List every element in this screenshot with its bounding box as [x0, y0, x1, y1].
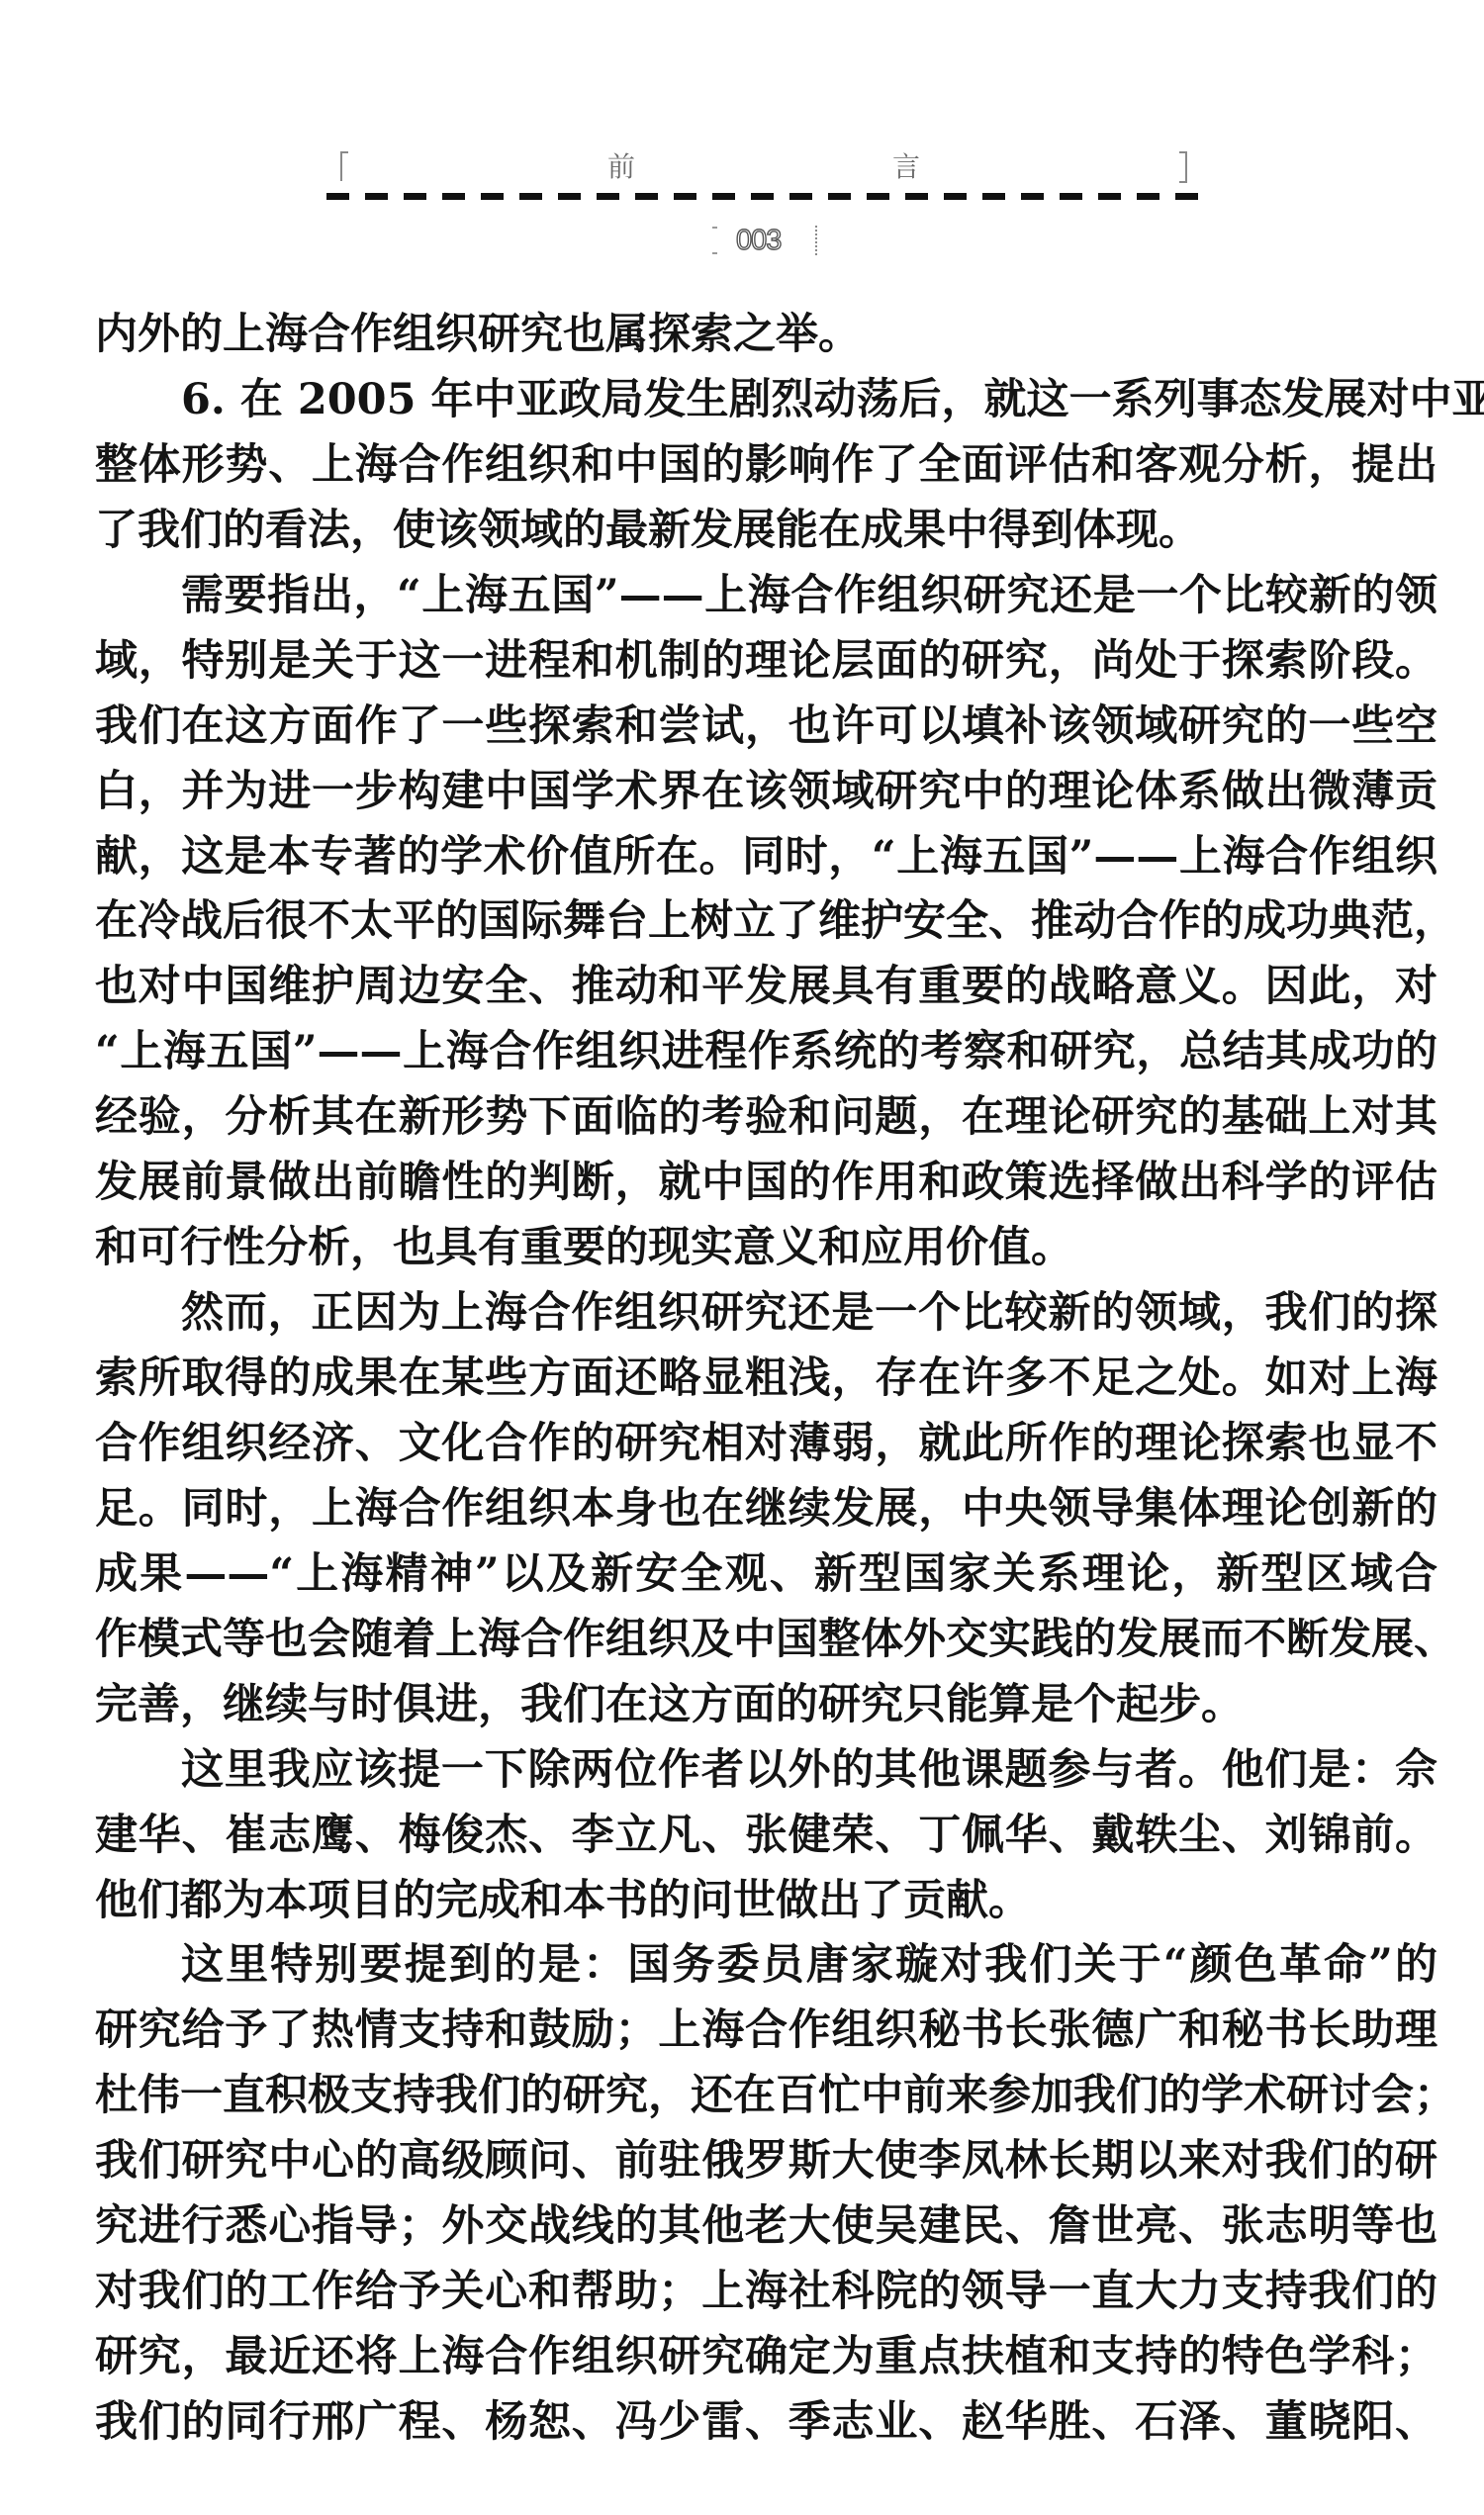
text-line: 域，特别是关于这一进程和机制的理论层面的研究，尚处于探索阶段。 — [95, 629, 1438, 695]
text-line: 发展前景做出前瞻性的判断，就中国的作用和政策选择做出科学的评估 — [95, 1151, 1438, 1216]
text-line: 在冷战后很不太平的国际舞台上树立了维护安全、推动合作的成功典范， — [95, 889, 1438, 955]
header-left-bracket — [340, 151, 348, 181]
text-line: 我们的同行邢广程、杨恕、冯少雷、季志业、赵华胜、石泽、董晓阳、 — [95, 2390, 1438, 2456]
header-dashed-rule — [326, 193, 1201, 200]
text-line: 这里我应该提一下除两位作者以外的其他课题参与者。他们是：佘 — [95, 1738, 1438, 1804]
text-line: 和可行性分析，也具有重要的现实意义和应用价值。 — [95, 1216, 1438, 1281]
body-text: 内外的上海合作组织研究也属探索之举。6. 在 2005 年中亚政局发生剧烈动荡后… — [95, 303, 1438, 2456]
text-line: 这里特别要提到的是：国务委员唐家璇对我们关于“颜色革命”的 — [95, 1933, 1438, 1999]
text-line: 杜伟一直积极支持我们的研究，还在百忙中前来参加我们的学术研讨会； — [95, 2064, 1438, 2129]
text-line: 也对中国维护周边安全、推动和平发展具有重要的战略意义。因此，对 — [95, 955, 1438, 1020]
text-line: 需要指出，“上海五国”——上海合作组织研究还是一个比较新的领 — [95, 564, 1438, 629]
text-line: 究进行悉心指导；外交战线的其他老大使吴建民、詹世亮、张志明等也 — [95, 2194, 1438, 2260]
text-line: 整体形势、上海合作组织和中国的影响作了全面评估和客观分析，提出 — [95, 433, 1438, 499]
text-line: 然而，正因为上海合作组织研究还是一个比较新的领域，我们的探 — [95, 1281, 1438, 1347]
text-line: 作模式等也会随着上海合作组织及中国整体外交实践的发展而不断发展、 — [95, 1608, 1438, 1673]
text-line: 献，这是本专著的学术价值所在。同时，“上海五国”——上海合作组织 — [95, 825, 1438, 890]
text-line: “上海五国”——上海合作组织进程作系统的考察和研究，总结其成功的 — [95, 1020, 1438, 1085]
text-line: 研究，最近还将上海合作组织研究确定为重点扶植和支持的特色学科； — [95, 2325, 1438, 2390]
text-line: 建华、崔志鹰、梅俊杰、李立凡、张健荣、丁佩华、戴轶尘、刘锦前。 — [95, 1804, 1438, 1869]
page-number-dotted-rule — [815, 226, 817, 255]
text-line: 白，并为进一步构建中国学术界在该领域研究中的理论体系做出微薄贡 — [95, 760, 1438, 825]
header-title-char-2: 言 — [892, 152, 920, 182]
header-title-char-1: 前 — [607, 152, 635, 182]
text-line: 6. 在 2005 年中亚政局发生剧烈动荡后，就这一系列事态发展对中亚 — [95, 368, 1438, 433]
text-line: 经验，分析其在新形势下面临的考验和问题，在理论研究的基础上对其 — [95, 1085, 1438, 1151]
page-number-box: 003 — [710, 224, 819, 257]
page-number: 003 — [736, 224, 781, 257]
text-line: 足。同时，上海合作组织本身也在继续发展，中央领导集体理论创新的 — [95, 1477, 1438, 1542]
text-line: 对我们的工作给予关心和帮助；上海社科院的领导一直大力支持我们的 — [95, 2260, 1438, 2325]
text-line: 合作组织经济、文化合作的研究相对薄弱，就此所作的理论探索也显不 — [95, 1412, 1438, 1477]
header-right-bracket — [1179, 151, 1187, 183]
text-line: 他们都为本项目的完成和本书的问世做出了贡献。 — [95, 1869, 1438, 1934]
running-header: 前 言 — [326, 148, 1201, 188]
text-line: 我们在这方面作了一些探索和尝试，也许可以填补该领域研究的一些空 — [95, 695, 1438, 760]
text-line: 成果——“上海精神”以及新安全观、新型国家关系理论，新型区域合 — [95, 1542, 1438, 1608]
page-number-tick-bottom — [712, 252, 717, 254]
text-line: 索所取得的成果在某些方面还略显粗浅，存在许多不足之处。如对上海 — [95, 1347, 1438, 1412]
text-line: 完善，继续与时俱进，我们在这方面的研究只能算是个起步。 — [95, 1673, 1438, 1738]
page-number-tick-top — [712, 227, 717, 229]
text-line: 我们研究中心的高级顾问、前驻俄罗斯大使李凤林长期以来对我们的研 — [95, 2129, 1438, 2194]
text-line: 内外的上海合作组织研究也属探索之举。 — [95, 303, 1438, 368]
text-line: 了我们的看法，使该领域的最新发展能在成果中得到体现。 — [95, 499, 1438, 564]
text-line: 研究给予了热情支持和鼓励；上海合作组织秘书长张德广和秘书长助理 — [95, 1999, 1438, 2064]
